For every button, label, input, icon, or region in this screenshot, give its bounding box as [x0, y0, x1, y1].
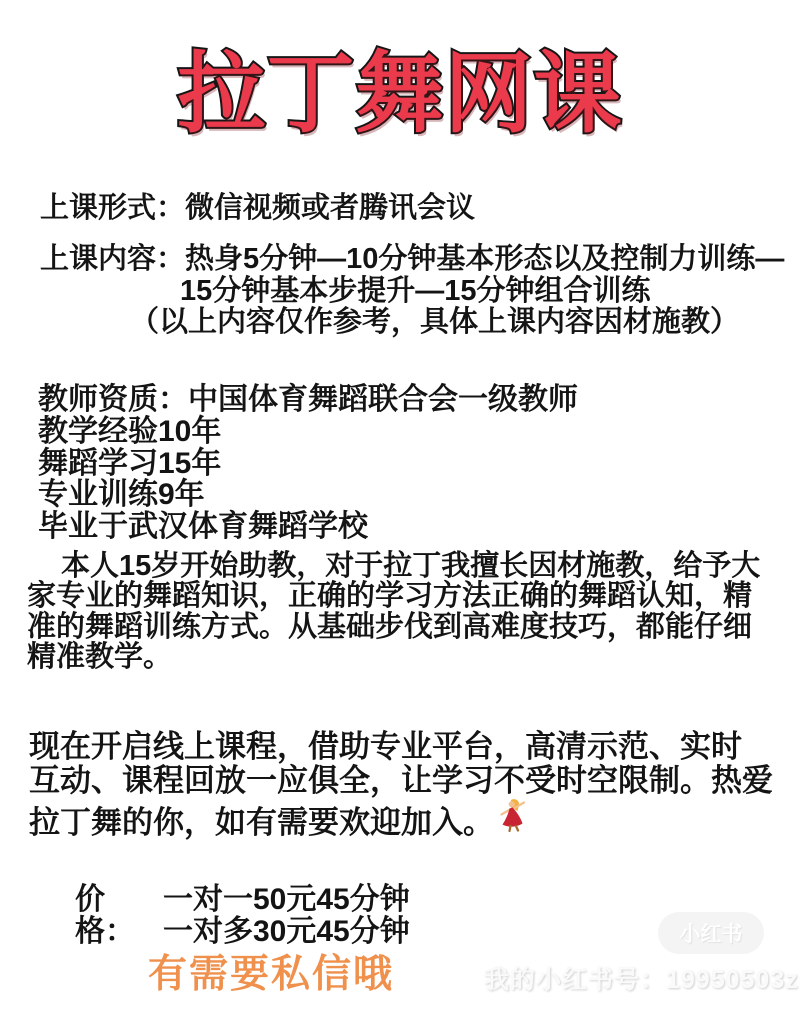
class-content-section: 上课内容：热身5分钟—10分钟基本形态以及控制力训练— 15分钟基本步提升—15… [40, 244, 784, 339]
xiaohongshu-account-watermark: 我的小红书号：19950503zbx [484, 960, 800, 996]
online-course-promo-section: 现在开启线上课程，借助专业平台，高清示范、实时 互动、课程回放一应俱全，让学习不… [29, 730, 789, 840]
poster-page: 拉丁舞网课 上课形式：微信视频或者腾讯会议 上课内容：热身5分钟—10分钟基本形… [0, 0, 800, 1010]
price-line: 一对一50元45分钟 [163, 884, 410, 916]
teacher-credential-line: 教学经验10年 [38, 416, 578, 448]
dancer-emoji-icon [498, 799, 529, 839]
promo-line: 拉丁舞的你，如有需要欢迎加入。 [29, 799, 789, 840]
promo-line: 现在开启线上课程，借助专业平台，高清示范、实时 [29, 730, 789, 764]
price-line: 一对多30元45分钟 [163, 916, 410, 948]
class-content-line: 15分钟基本步提升—15分钟组合训练 [40, 276, 784, 308]
intro-line: 本人15岁开始助教，对于拉丁我擅长因材施教，给予大 [27, 551, 775, 581]
teacher-credential-line: 舞蹈学习15年 [38, 448, 578, 480]
promo-line: 互动、课程回放一应俱全，让学习不受时空限制。热爱 [29, 764, 789, 798]
class-format-section: 上课形式：微信视频或者腾讯会议 [40, 192, 475, 224]
price-label: 价格： [75, 884, 163, 947]
xiaohongshu-badge: 小红书 [658, 912, 764, 954]
contact-note: 有需要私信哦 [148, 954, 394, 996]
class-content-line: （以上内容仅作参考，具体上课内容因材施教） [40, 307, 784, 339]
intro-line: 准的舞蹈训练方式。从基础步伐到高难度技巧，都能仔细 [27, 612, 775, 642]
promo-line-text: 拉丁舞的你，如有需要欢迎加入。 [29, 806, 494, 840]
price-section: 价格： 一对一50元45分钟 一对多30元45分钟 [75, 884, 410, 947]
page-title: 拉丁舞网课 [0, 42, 800, 146]
class-format-text: 上课形式：微信视频或者腾讯会议 [40, 192, 475, 224]
intro-line: 精准教学。 [27, 642, 775, 672]
teacher-credential-line: 毕业于武汉体育舞蹈学校 [38, 511, 578, 543]
teacher-credential-line: 专业训练9年 [38, 479, 578, 511]
teacher-credential-line: 教师资质：中国体育舞蹈联合会一级教师 [38, 384, 578, 416]
self-introduction-section: 本人15岁开始助教，对于拉丁我擅长因材施教，给予大 家专业的舞蹈知识，正确的学习… [27, 551, 775, 672]
intro-line: 家专业的舞蹈知识，正确的学习方法正确的舞蹈认知，精 [27, 581, 775, 611]
class-content-line: 上课内容：热身5分钟—10分钟基本形态以及控制力训练— [40, 244, 784, 276]
teacher-credentials-section: 教师资质：中国体育舞蹈联合会一级教师 教学经验10年 舞蹈学习15年 专业训练9… [38, 384, 578, 543]
price-lines: 一对一50元45分钟 一对多30元45分钟 [163, 884, 410, 947]
